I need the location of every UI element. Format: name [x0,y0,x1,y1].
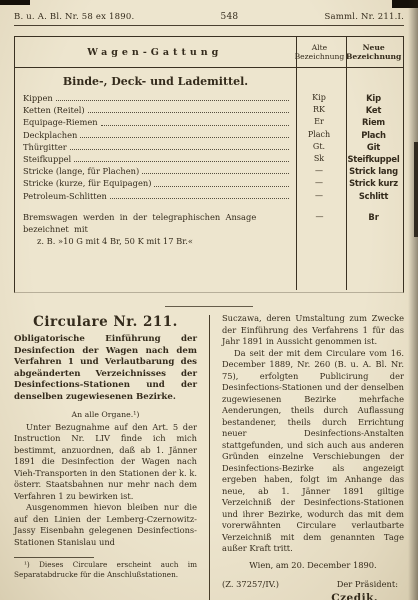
row-old-designation: Er [294,116,344,128]
paragraph-left-1: Unter Bezugnahme auf den Art. 5 der Inst… [14,422,197,503]
table-column-line [346,37,347,290]
page-number: 548 [221,12,239,22]
dot-leader [107,190,294,202]
dot-leader [98,116,294,128]
row-label: Stricke (kurze, für Equipagen) [15,177,151,189]
dot-leader [53,92,294,104]
table-row: Stricke (lange, für Plachen) — Strick la… [15,165,403,177]
row-new-designation: Git [344,141,403,153]
table-row: Petroleum-Schlitten — Schlitt [15,190,403,202]
table-header-row: Wagen-Gattung Alte Bezeichnung Neue Beze… [15,37,403,68]
wagon-table: Wagen-Gattung Alte Bezeichnung Neue Beze… [14,36,404,293]
table-section-title: Binde-, Deck- und Lademittel. [15,75,296,88]
scan-edge-shadow [408,0,418,600]
dateline: Wien, am 20. December 1890. [222,560,404,570]
row-label: Kippen [15,92,53,104]
note-new-designation: Br [344,211,403,247]
dot-leader [139,165,294,177]
table-row: Equipage-Riemen Er Riem [15,116,403,128]
row-label: Deckplachen [15,129,77,141]
right-column: Suczawa, deren Umstaltung zum Zwecke der… [222,313,404,600]
row-new-designation: Ket [344,104,403,116]
paragraph-right-1: Suczawa, deren Umstaltung zum Zwecke der… [222,313,404,348]
table-header-gattung: Wagen-Gattung [87,47,222,58]
dot-leader [85,104,294,116]
row-label: Thürgitter [15,141,67,153]
left-column: Circulare Nr. 211. Obligatorische Einfüh… [14,313,197,600]
table-row: Deckplachen Plach Plach [15,129,403,141]
circular-subtitle: Obligatorische Einführung der Desinfecti… [14,334,197,404]
row-new-designation: Plach [344,129,403,141]
dot-leader [67,141,294,153]
row-new-designation: Strick kurz [344,177,403,189]
footnote: ¹) Dieses Circulare erscheint auch im Se… [14,560,197,579]
dot-leader [151,177,294,189]
row-old-designation: Plach [294,129,344,141]
table-row: Steifkuppel Sk Steifkuppel [15,153,403,165]
row-old-designation: Kip [294,92,344,104]
table-rows: Kippen Kip Kip Ketten (Reitel) RK Ket Eq… [15,92,403,202]
row-label: Ketten (Reitel) [15,104,85,116]
table-row: Stricke (kurze, für Equipagen) — Strick … [15,177,403,189]
running-head-left: B. u. A. Bl. Nr. 58 ex 1890. [14,12,134,22]
table-row: Thürgitter Gt. Git [15,141,403,153]
row-new-designation: Riem [344,116,403,128]
dot-leader [71,153,294,165]
footnote-rule [14,557,94,558]
row-label: Equipage-Riemen [15,116,98,128]
row-old-designation: RK [294,104,344,116]
note-text: Bremswagen werden in der telegraphischen… [15,211,295,247]
paragraph-left-2: Ausgenommen hievon bleiben nur die auf d… [14,502,197,548]
scan-artifact-top-left [0,0,30,5]
row-label: Stricke (lange, für Plachen) [15,165,139,177]
table-header-alte: Alte Bezeichnung [295,37,345,67]
row-old-designation: — [294,165,344,177]
file-number: (Z. 37257/IV.) [222,579,279,589]
row-old-designation: — [294,190,344,202]
row-new-designation: Kip [344,92,403,104]
row-new-designation: Schlitt [344,190,403,202]
table-note-row: Bremswagen werden in der telegraphischen… [15,211,403,247]
circular-body: Circulare Nr. 211. Obligatorische Einfüh… [0,313,418,600]
table-column-line [296,37,297,290]
salutation: An alle Organe.¹) [14,410,197,419]
paragraph-right-2: Da seit der mit dem Circulare vom 16. De… [222,348,404,555]
row-label: Steifkuppel [15,153,71,165]
running-head: B. u. A. Bl. Nr. 58 ex 1890. 548 Samml. … [0,0,418,22]
running-head-right: Samml. Nr. 211.I. [324,12,404,22]
document-page: B. u. A. Bl. Nr. 58 ex 1890. 548 Samml. … [0,0,418,600]
note-old-designation: — [295,211,345,247]
row-new-designation: Steifkuppel [344,153,403,165]
row-old-designation: Sk [294,153,344,165]
signature-name: Czedik. [222,592,404,600]
column-divider [209,315,210,600]
dot-leader [77,129,294,141]
circular-title: Circulare Nr. 211. [14,314,197,330]
row-label: Petroleum-Schlitten [15,190,107,202]
head-rule [14,25,404,26]
table-row: Ketten (Reitel) RK Ket [15,104,403,116]
row-old-designation: Gt. [294,141,344,153]
row-new-designation: Strick lang [344,165,403,177]
table-row: Kippen Kip Kip [15,92,403,104]
row-old-designation: — [294,177,344,189]
table-header-neue: Neue Bezeichnung [344,37,403,67]
president-label: Der Präsident: [337,579,404,589]
signature-row: (Z. 37257/IV.) Der Präsident: [222,579,404,589]
section-divider [165,306,253,307]
